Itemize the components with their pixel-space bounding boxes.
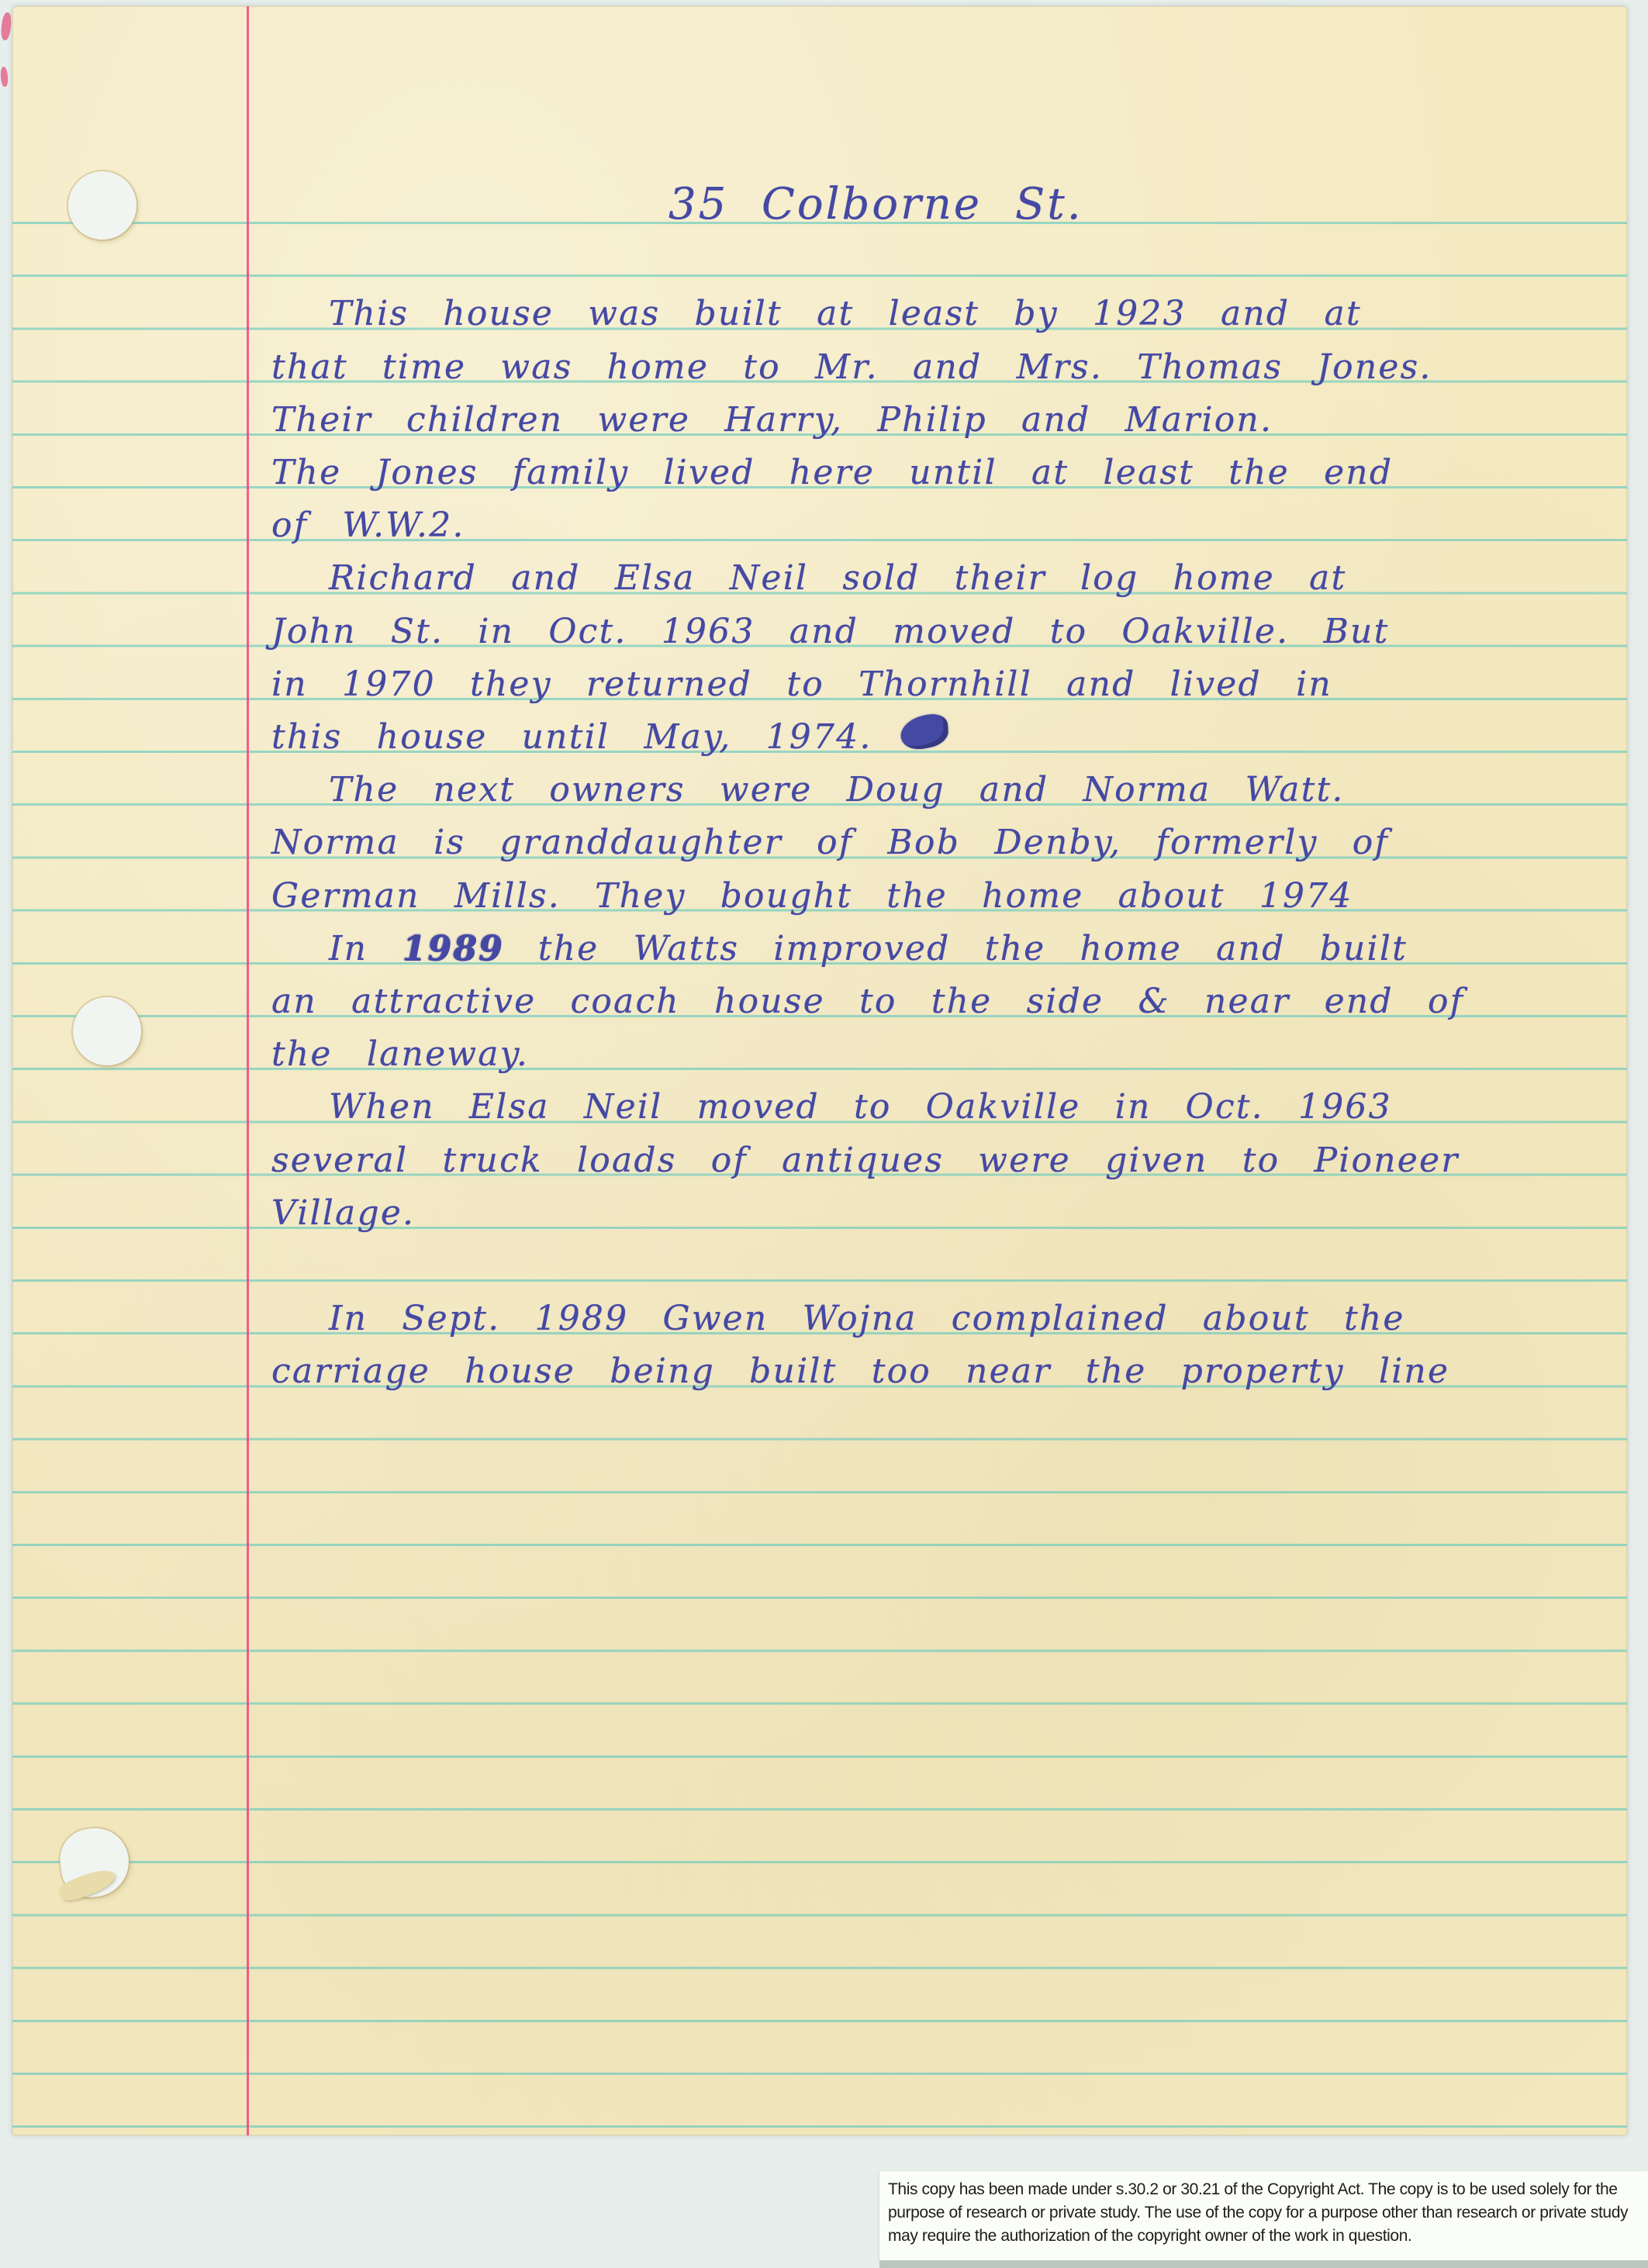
- handwritten-line: that time was home to Mr. and Mrs. Thoma…: [271, 345, 1432, 390]
- handwritten-line: This house was built at least by 1923 an…: [329, 292, 1362, 337]
- handwritten-line: the laneway.: [271, 1032, 529, 1077]
- punch-hole-middle: [73, 997, 141, 1065]
- handwritten-line: German Mills. They bought the home about…: [271, 874, 1353, 919]
- handwritten-line: John St. in Oct. 1963 and moved to Oakvi…: [271, 609, 1389, 654]
- handwritten-line: Norma is granddaughter of Bob Denby, for…: [271, 820, 1389, 865]
- copyright-text: This copy has been made under s.30.2 or …: [888, 2178, 1637, 2248]
- handwritten-line: The Jones family lived here until at lea…: [271, 450, 1393, 495]
- scan-artifact: [0, 12, 12, 40]
- handwritten-line: several truck loads of antiques were giv…: [271, 1138, 1460, 1183]
- punch-hole-top: [68, 171, 136, 240]
- scan-artifact: [0, 67, 9, 88]
- overwritten-year: 1989: [402, 929, 503, 968]
- scanned-page: 35 Colborne St. This house was built at …: [0, 0, 1648, 2268]
- margin-line: [247, 6, 249, 2135]
- handwritten-line: an attractive coach house to the side & …: [271, 979, 1464, 1024]
- label-shadow-edge: [879, 2260, 1648, 2268]
- handwritten-line: Richard and Elsa Neil sold their log hom…: [329, 556, 1346, 601]
- handwritten-line: When Elsa Neil moved to Oakville in Oct.…: [329, 1085, 1392, 1130]
- notebook-paper: 35 Colborne St. This house was built at …: [12, 6, 1627, 2135]
- handwritten-line: In Sept. 1989 Gwen Wojna complained abou…: [329, 1296, 1405, 1341]
- handwritten-line: Their children were Harry, Philip and Ma…: [271, 398, 1273, 443]
- ink-blot: [900, 710, 949, 753]
- handwritten-line: in 1970 they returned to Thornhill and l…: [271, 662, 1332, 707]
- handwritten-line: this house until May, 1974.: [271, 715, 948, 760]
- page-title: 35 Colborne St.: [669, 178, 1083, 232]
- handwritten-line: In 1989 the Watts improved the home and …: [329, 927, 1408, 972]
- handwritten-line: Village.: [271, 1191, 415, 1236]
- handwritten-line: The next owners were Doug and Norma Watt…: [329, 768, 1345, 813]
- copyright-label: This copy has been made under s.30.2 or …: [879, 2171, 1648, 2260]
- handwritten-line: carriage house being built too near the …: [271, 1349, 1449, 1394]
- handwritten-line: of W.W.2.: [271, 503, 465, 548]
